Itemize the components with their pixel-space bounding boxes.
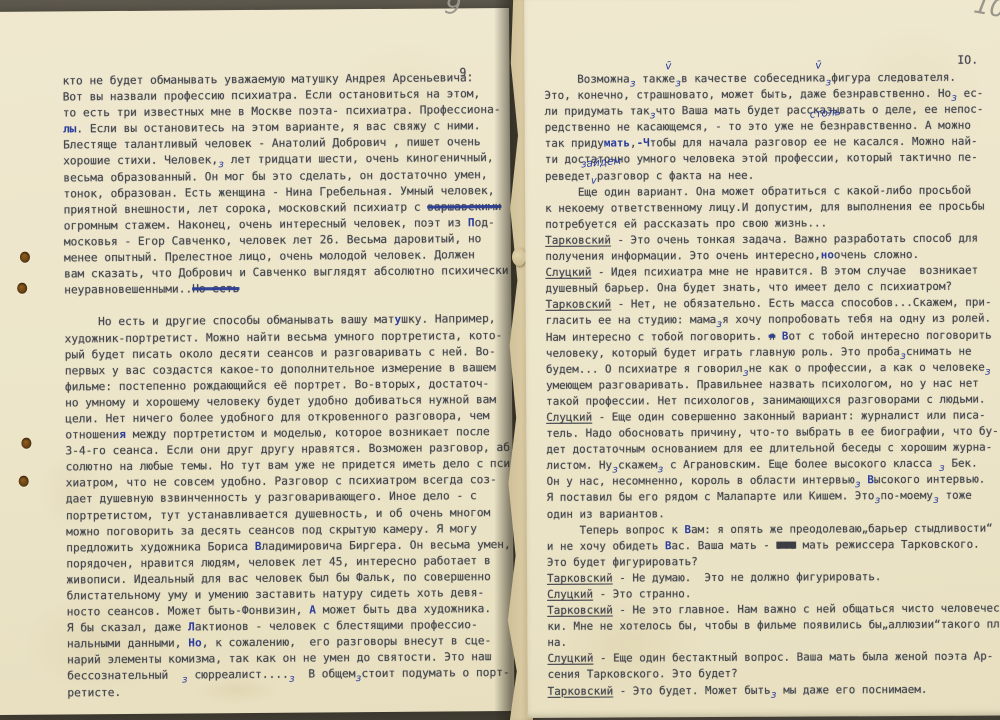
punch-hole	[17, 283, 27, 294]
typed-text: и не хочу обидеть	[547, 539, 665, 553]
typed-line: гласить ее на студию: мамазя хочу попроб…	[546, 311, 1000, 330]
typed-text: ладимировича Биргера. Он весьма умен,	[261, 538, 510, 553]
typed-line: и не хочу обидеть Вас. Ваша мать - это м…	[547, 536, 1000, 555]
typed-text: с Аграновским. Еще более высокого класса	[663, 457, 938, 471]
handwritten-mark: з	[612, 465, 618, 476]
typed-text: предложить художника Бориса	[66, 540, 255, 554]
handwritten-mark: з	[675, 78, 681, 89]
handwritten-mark: з	[900, 351, 906, 362]
typed-text: ес-	[957, 87, 983, 100]
typed-text: то есть три известных мне в Москве поэта…	[63, 103, 501, 119]
typed-text: может быть два художника.	[316, 602, 491, 616]
typed-text: фигура следователя.	[831, 71, 956, 85]
typed-text: тобы для начала разговор ее не касался. …	[650, 135, 978, 150]
typed-text: вам сказать, что Добрович и Савченко выг…	[64, 264, 509, 280]
typed-text: но умному и хорошему человеку будет удоб…	[65, 393, 496, 409]
typed-text: Я поставил бы его рядом с Малапарте или …	[547, 490, 875, 505]
typed-text: фильме: постепенно рождающийся её портре…	[65, 377, 489, 393]
speaker-name: Слуцкий	[546, 411, 592, 424]
handwritten-mark: з	[951, 93, 957, 104]
typed-text: от с тобой интересно поговорить	[788, 328, 991, 342]
typed-text: - Еще один совершенно законный вариант: …	[592, 409, 985, 424]
typed-text: рый будет писать около десяти сеансов и …	[65, 345, 496, 361]
typed-text: мать режиссера Тарковского.	[796, 537, 980, 551]
punch-hole	[21, 438, 31, 449]
page-10: IO. Возможназ такжеv̄зв качестве собесед…	[524, 0, 1000, 718]
typed-text: - Еще один бестактный вопрос. Ваша мать …	[593, 650, 993, 665]
punch-hole	[19, 476, 29, 487]
typed-line: Слуцкий - Еще один бестактный вопрос. Ва…	[547, 649, 1000, 668]
handwritten-ink-correction: лы	[63, 123, 77, 136]
typed-text: стоит подумать о порт-	[361, 666, 509, 680]
typed-text: В общем	[295, 668, 356, 681]
punch-hole	[20, 252, 30, 263]
typed-text: носто сеансов. Может быть-Фонвизин,	[67, 604, 310, 619]
handwritten-insertion-text: v̄	[815, 57, 823, 74]
typed-text: художник-портретист. Можно найти весьма …	[65, 329, 503, 345]
handwritten-mark: з	[355, 674, 361, 685]
typed-line: Тарковский - Это будет. Может бытьз мы д…	[548, 681, 1000, 700]
typed-line: Я поставил бы его рядом с Малапарте или …	[547, 488, 1000, 507]
typed-line: бессознательный з сюрреалист....з В обще…	[67, 665, 518, 685]
typed-text: Возможна	[544, 72, 629, 85]
typed-text: московья - Егор Савченко, человек лет 26…	[64, 232, 482, 248]
typed-text: безнравственно. А можно	[820, 119, 971, 133]
typed-text: Вот вы назвали профессию психиатра. Если…	[63, 87, 481, 103]
typed-text-block: кто не будет обманывать уважаемую матушк…	[62, 70, 518, 701]
typed-text: Бек.	[945, 457, 978, 470]
handwritten-mark: з	[182, 675, 188, 686]
typed-text: нарий элементы комизма, так как он не ум…	[67, 650, 491, 666]
typed-line: Нам интересно с тобой поговорить. я Вот …	[546, 327, 1000, 346]
handwritten-mark: з	[939, 463, 945, 474]
typed-text: человеку, который будет играть главную р…	[546, 345, 900, 360]
handwritten-mark: з	[289, 674, 295, 685]
handwritten-insertion-text: столь	[809, 104, 842, 123]
typed-text: первых у вас создастся какое-то дополнит…	[65, 361, 496, 377]
typed-text: ки. Мне не хотелось бы, чтобы в фильме п…	[547, 618, 1000, 633]
handwritten-mark: з	[985, 366, 991, 377]
typed-text: редственно не касающемся, - то это уже н…	[545, 120, 820, 134]
typed-text: менее опытный. Прелестное лицо, очень мо…	[64, 248, 475, 264]
handwritten-mark: з	[716, 319, 722, 330]
typed-text: портретистом, тут устанавливается душевн…	[66, 506, 490, 522]
typed-text: солютно на любые темы. Но тут вам уже не…	[66, 457, 517, 474]
typed-text: Я бы сказал, даже	[67, 621, 188, 635]
typed-text: такой профессии. Нет психологов, занимаю…	[546, 392, 985, 407]
typed-text: Нам интересно с тобой поговорить.	[546, 329, 769, 343]
speaker-name: Тарковский	[545, 233, 611, 246]
typed-text: - Это странно.	[593, 587, 691, 601]
handwritten-ink-correction: но	[821, 248, 834, 261]
typed-text: один из вариантов.	[547, 507, 665, 521]
blue-struck-text: Но есть	[192, 282, 239, 295]
paper-tear	[512, 248, 526, 266]
typed-text: , к сожалению, его разговоры внесут в сц…	[202, 634, 492, 649]
typed-line: Теперь вопрос к Вам: я опять же преодоле…	[547, 520, 1000, 539]
handwritten-mark: з	[771, 689, 777, 700]
typed-text: Блестяще талантливый человек - Анатолий …	[63, 136, 481, 152]
typed-text: лет тридцати шести, очень киногеничный,	[224, 152, 494, 167]
typed-text: гласить ее на студию: мама	[546, 313, 717, 327]
speaker-name: Слуцкий	[547, 588, 593, 601]
typed-text: Еще один вариант. Она может обратиться с…	[545, 183, 971, 198]
typed-text: - Не это главное. Нам важно с ней общать…	[613, 602, 1000, 617]
typed-text: в качестве собеседника	[681, 71, 825, 85]
typed-struck-text: это	[776, 538, 796, 551]
handwritten-ink-correction: мать	[604, 137, 630, 150]
typed-text: бессознательный	[67, 669, 182, 683]
typed-text: ысокого интервью.	[874, 473, 986, 487]
typed-text: отношени	[65, 428, 119, 441]
typed-text: можно поговорить за десять сеансов под с…	[66, 522, 477, 538]
typed-text: Это будет фигурировать?	[547, 555, 698, 569]
typed-text: актионов - человек с блестящими професси…	[195, 618, 478, 633]
typed-line: ки. Мне не хотелось бы, чтобы в фильме п…	[547, 617, 1000, 636]
typed-text: к некоему ответственному лицу.И допустим…	[545, 199, 984, 214]
page-9: 9. кто не будет обманывать уважаемую мат…	[0, 8, 515, 715]
handwritten-mark: з	[650, 111, 656, 122]
typed-line: к некоему ответственному лицу.И допустим…	[545, 198, 1000, 217]
speaker-name: Тарковский	[547, 571, 613, 584]
typed-text: хорошие стихи. Человек,	[63, 154, 218, 168]
typed-text: листом. Ну	[546, 459, 612, 472]
typed-text: дет достаточным основанием для ее длител…	[546, 441, 992, 456]
typed-text: не как о профессии, а как о человеке	[749, 360, 985, 374]
handwritten-mark: з	[933, 495, 939, 506]
typed-text: приятной внешности, лет сорока, московск…	[64, 200, 428, 216]
typed-text: скажем	[618, 459, 657, 472]
typed-text: весьма образованный. Он мог бы это сдела…	[63, 168, 487, 184]
handwritten-mark: з	[657, 465, 663, 476]
typed-text: живописи. Идеальный для вас человек был …	[66, 570, 490, 586]
typed-text: на.	[547, 636, 567, 649]
typed-text: мы даже его поснимаем.	[777, 682, 928, 696]
handwritten-insertion-text: v̄	[664, 58, 672, 75]
handwritten-mark: з	[743, 368, 749, 379]
typed-text: огромным стажем. Наконец, очень интересн…	[64, 216, 468, 232]
typed-text: сения Тарковского. Это будет?	[548, 667, 738, 681]
speaker-name: Тарковский	[546, 298, 612, 311]
typed-text: - Это будет. Может быть	[613, 683, 770, 697]
typed-text: тоже	[939, 489, 972, 502]
typed-text: сюрреалист....	[188, 668, 289, 682]
typed-text: ретисте.	[67, 686, 121, 699]
typed-text: од-	[475, 216, 495, 229]
typed-line: Тарковский - Это очень тонкая задача. Ва…	[545, 230, 1000, 249]
speaker-name: Слуцкий	[547, 652, 593, 665]
typed-text: цели. Нет ничего более удобного для откр…	[65, 409, 489, 425]
handwritten-ink-correction: Но	[188, 637, 202, 650]
typed-text: душевный барьер. Она будет знать, что им…	[546, 280, 953, 295]
typed-text: умеющем разговаривать. Правильнее назват…	[546, 376, 979, 391]
typed-text: шку. Например,	[401, 312, 495, 326]
typed-text: . Если вы остановитесь на этом варианте,…	[76, 119, 480, 135]
speaker-name: Тарковский	[547, 604, 613, 617]
typed-text: порядочен, нравится людям, человек лет 4…	[66, 554, 490, 570]
typed-text: - Нет, не обязательно. Есть масса способ…	[611, 296, 991, 311]
typed-text: получения информации. Это очень интересн…	[545, 248, 820, 262]
blue-struck-text: варшавскими	[427, 200, 501, 214]
typed-text-block: Возможназ такжеv̄зв качестве собеседника…	[544, 69, 1000, 699]
typed-text: разговор с факта на нее.	[597, 168, 754, 182]
typed-text: потребуется ей рассказать про свою жизнь…	[545, 216, 827, 230]
handwritten-mark: з	[825, 77, 831, 88]
typed-text: очень сложно.	[834, 248, 919, 261]
typed-text: я хочу попробовать тебя на одну из ролей…	[722, 312, 991, 326]
typed-text: - Идея психиатра мне не нравится. В этом…	[591, 264, 978, 279]
typed-page-number: IO.	[957, 53, 978, 67]
typed-text: ас. Ваша мать -	[671, 538, 776, 552]
typed-text: Теперь вопрос к	[547, 523, 685, 537]
typed-text: нальными данными,	[67, 637, 188, 651]
typed-text: ли придумать так	[545, 105, 650, 119]
typed-text: дает душевную взвинченность у разговарив…	[66, 490, 477, 506]
typed-text: по-моему	[880, 489, 933, 502]
handwritten-mark: з	[630, 78, 636, 89]
typed-text: между портретистом и моделью, которое во…	[126, 425, 490, 441]
typed-text: ам: я опять же преодолеваю„барьер стыдли…	[691, 521, 993, 536]
handwritten-mark: з	[218, 160, 224, 171]
typed-text: блистательному уму и умению заставить на…	[67, 586, 485, 602]
typed-text: кто не будет обманывать уважаемую матушк…	[62, 71, 473, 87]
typed-text: неуравновешенными..	[64, 283, 192, 297]
typed-text: так приду	[545, 137, 604, 150]
typed-text: Он у нас, несомненно, король в области и…	[547, 474, 855, 489]
typed-text: Это, конечно, страшновато, может быть, д…	[544, 87, 951, 102]
handwritten-mark: з	[855, 480, 861, 491]
speaker-name: Тарковский	[548, 684, 614, 697]
typed-text: тель. Надо обосновать причину, что-то вы…	[546, 425, 998, 440]
typed-text: хиатром, что не совсем удобно. Разговор …	[66, 473, 497, 489]
handwritten-mark: v	[591, 175, 597, 186]
typed-line: человеку, который будет играть главную р…	[546, 343, 1000, 362]
typed-text: тонок, образован. Есть женщина - Нина Гр…	[63, 184, 494, 200]
handwritten-mark: з	[874, 496, 880, 507]
typed-text: снимать не	[906, 344, 972, 357]
typed-text: 3-4-го сеанса. Если они друг другу нравя…	[65, 441, 516, 458]
document-scan: 9. кто не будет обманывать уважаемую мат…	[0, 0, 1000, 720]
typed-text: Но есть и другие способы обманывать вашу…	[64, 313, 394, 329]
speaker-name: Слуцкий	[545, 266, 591, 279]
typed-text: - Это очень тонкая задача. Важно разрабо…	[611, 232, 978, 247]
typed-text: будем... О психиатре я говорил	[546, 362, 743, 376]
typed-text: - Не думаю. Это не должно фигурировать.	[613, 570, 882, 584]
